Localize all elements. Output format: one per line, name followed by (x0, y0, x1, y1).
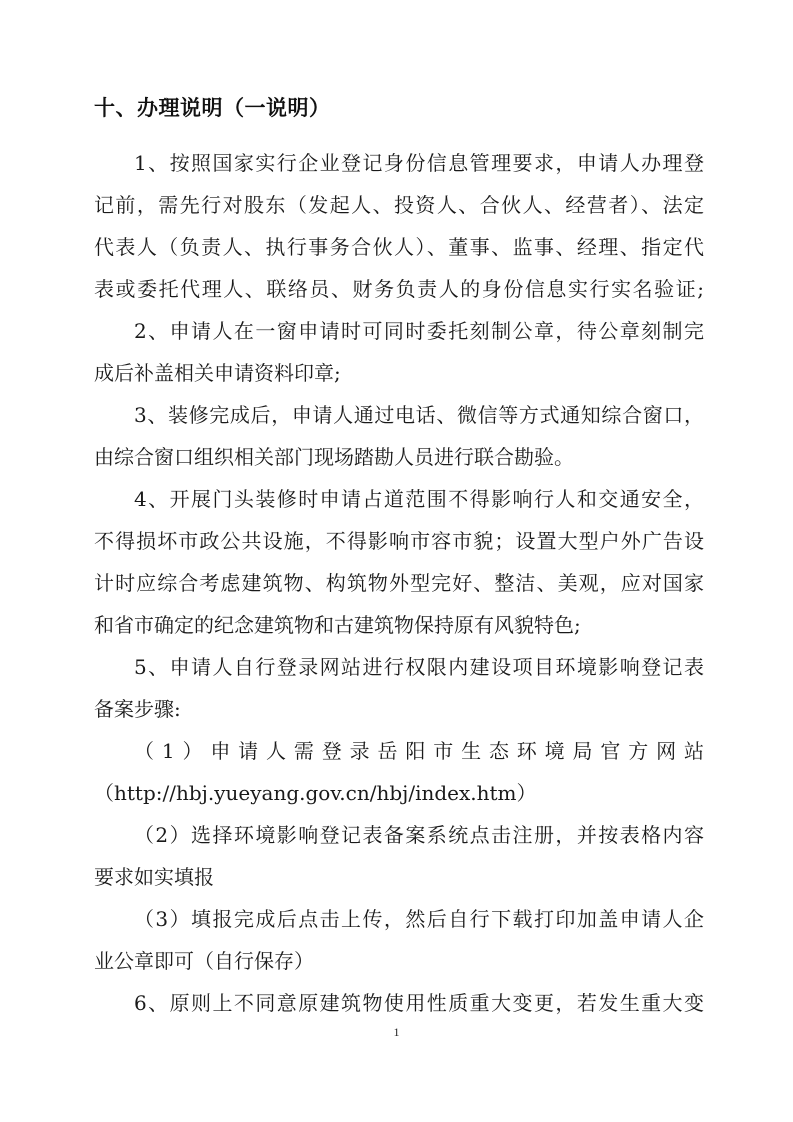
paragraph-line: 2、申请人在一窗申请时可同时委托刻制公章，待公章刻制完 (134, 317, 704, 345)
paragraph-line: 备案步骤: (94, 695, 704, 723)
page-number: 1 (0, 1025, 793, 1040)
paragraph-line: （1）申请人需登录岳阳市生态环境局官方网站 (134, 737, 704, 765)
url-line: （http://hbj.yueyang.gov.cn/hbj/index.htm… (94, 779, 704, 807)
paragraph-line: 由综合窗口组织相关部门现场踏勘人员进行联合勘验。 (94, 443, 704, 471)
paragraph-line: 表或委托代理人、联络员、财务负责人的身份信息实行实名验证; (94, 275, 704, 303)
paragraph-line: 6、原则上不同意原建筑物使用性质重大变更，若发生重大变 (134, 989, 704, 1017)
paragraph-line: 计时应综合考虑建筑物、构筑物外型完好、整洁、美观，应对国家 (94, 569, 704, 597)
paragraph-line: 成后补盖相关申请资料印章; (94, 359, 704, 387)
paragraph-line: 代表人（负责人、执行事务合伙人）、董事、监事、经理、指定代 (94, 233, 704, 261)
paragraph-line: （2）选择环境影响登记表备案系统点击注册，并按表格内容 (134, 821, 704, 849)
paragraph-line: 3、装修完成后，申请人通过电话、微信等方式通知综合窗口， (134, 401, 704, 429)
paragraph-line: 4、开展门头装修时申请占道范围不得影响行人和交通安全， (134, 485, 704, 513)
paragraph-line: 记前，需先行对股东（发起人、投资人、合伙人、经营者）、法定 (94, 191, 704, 219)
section-heading: 十、办理说明（一说明） (94, 92, 331, 122)
paragraph-line: 要求如实填报 (94, 863, 704, 891)
paragraph-line: 1、按照国家实行企业登记身份信息管理要求，申请人办理登 (134, 149, 704, 177)
paragraph-line: 5、申请人自行登录网站进行权限内建设项目环境影响登记表 (134, 653, 704, 681)
document-page: 十、办理说明（一说明） 1、按照国家实行企业登记身份信息管理要求，申请人办理登 … (0, 0, 793, 1122)
paragraph-line: （3）填报完成后点击上传，然后自行下载打印加盖申请人企 (134, 905, 704, 933)
paragraph-line: 和省市确定的纪念建筑物和古建筑物保持原有风貌特色; (94, 611, 704, 639)
paragraph-line: 业公章即可（自行保存） (94, 947, 704, 975)
paragraph-line: 不得损坏市政公共设施，不得影响市容市貌；设置大型户外广告设 (94, 527, 704, 555)
